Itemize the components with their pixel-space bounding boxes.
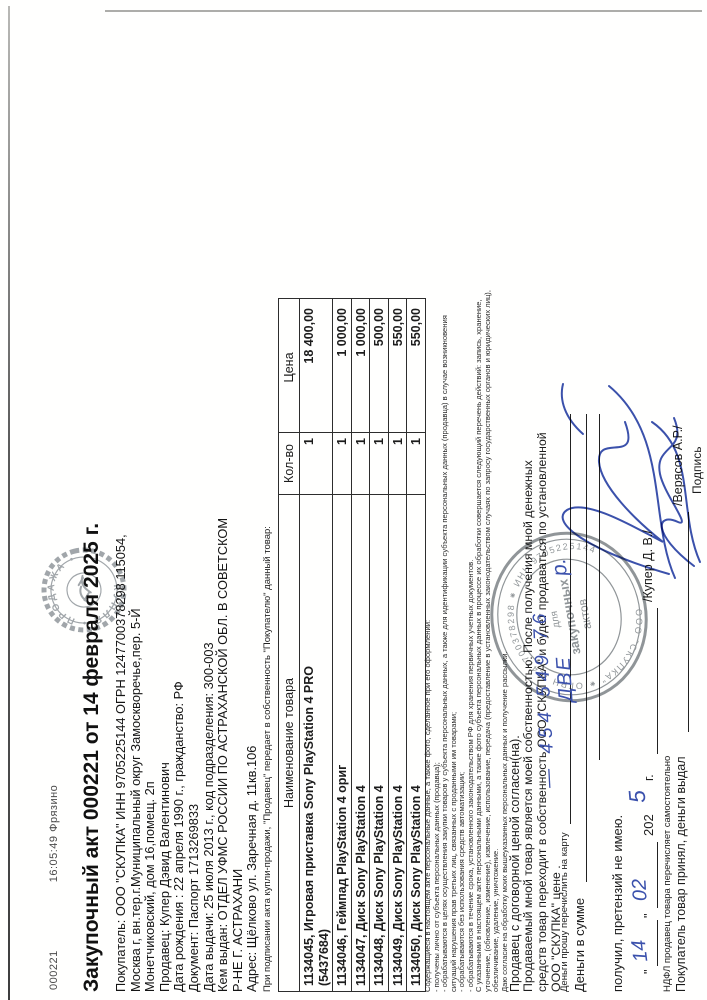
party-detail-line: Дата рождения : 22 апреля 1990 г., гражд… [172, 472, 187, 992]
logo-stamp-icon: КУПЛЯ • ПРОДАЖА • [38, 544, 130, 636]
date-month-underline [657, 842, 658, 908]
party-detail-line: Дата выдачи: 25 июля 2013 г., код подраз… [202, 472, 217, 992]
date-year-suffix: г. [641, 774, 656, 781]
handshake-icon [77, 575, 94, 605]
col-header-qty: Кол-во [279, 433, 299, 495]
table-row: 1134047, Диск Sony PlayStation 4 1 1 000… [351, 299, 370, 991]
cell-qty: 1 [389, 433, 407, 495]
table-body: 1134045, Игровая приставка Sony PlayStat… [299, 299, 425, 991]
table-row: 1134046, Геймпад PlayStation 4 ориг 1 1 … [332, 299, 351, 991]
svg-text:КУПЛЯ • ПРОДАЖА •: КУПЛЯ • ПРОДАЖА • [38, 544, 130, 636]
party-details: Покупатель: ООО "СКУПКА" ИНН 9705225144 … [114, 472, 260, 992]
handwritten-amount: ДВЕ [552, 654, 578, 702]
intro-note: При подписании акта купли-продажи, "Прод… [262, 526, 273, 992]
table-row: 1134050, Диск Sony PlayStation 4 1 550,0… [406, 299, 425, 991]
party-detail-line: Документ: Паспорт 1713269833 [187, 472, 202, 992]
col-header-name: Наименование товара [279, 495, 299, 991]
date-year-printed: 202 [641, 814, 656, 836]
party-detail-line: Р-НЕ Г. АСТРАХАНИ [231, 472, 246, 992]
scan-edge-artifact-right [105, 10, 702, 12]
table-header-row: Наименование товара Кол-во Цена [279, 299, 299, 991]
handwritten-day: 14 [628, 938, 654, 963]
cell-qty: 1 [370, 433, 388, 495]
cell-price: 500,00 [370, 303, 388, 433]
date-open-quote: " [641, 969, 656, 974]
handwritten-month: 02 [628, 878, 652, 901]
scanned-document-viewport: 000221 16:05:49 Фрязино Закупочный акт 0… [0, 0, 707, 1000]
seller-signature-underline [657, 608, 658, 754]
date-close-quote: " [641, 913, 656, 918]
party-detail-line: Кем выдан: ОТДЕЛ УФМС РОССИИ ПО АСТРАХАН… [216, 472, 231, 992]
card-transfer-label: Деньги прошу перечислить на карту [559, 832, 570, 992]
cell-price: 1 000,00 [352, 303, 370, 433]
table-row: 1134045, Игровая приставка Sony PlayStat… [299, 299, 332, 991]
received-no-claims-line: получил, претензий не имею. [610, 815, 625, 992]
party-detail-line: Продавец: Купер Дэвид Валентинович [158, 472, 173, 992]
cell-item-name: 1134046, Геймпад PlayStation 4 ориг [333, 495, 351, 991]
goods-table: Наименование товара Кол-во Цена 1134045,… [278, 298, 426, 992]
handwritten-year-digit: 5 [623, 789, 651, 804]
table-row: 1134049, Диск Sony PlayStation 4 1 550,0… [388, 299, 407, 991]
cell-item-name: 1134050, Диск Sony PlayStation 4 [407, 495, 425, 991]
cell-item-name: 1134048, Диск Sony PlayStation 4 [370, 495, 388, 991]
party-detail-line: Москва г, вн.тер.г.Муниципальный округ З… [129, 472, 144, 992]
cell-qty: 1 [352, 433, 370, 495]
party-detail-line: Адрес: Щёлково ул. Заречная д. 11кв.106 [245, 472, 260, 992]
cell-qty: 1 [300, 433, 332, 495]
scan-edge-artifact-top [8, 6, 10, 1000]
corner-time-location: 16:05:49 Фрязино [48, 785, 60, 883]
table-row: 1134048, Диск Sony PlayStation 4 1 500,0… [369, 299, 388, 991]
cell-qty: 1 [333, 433, 351, 495]
ndfl-note: НДФЛ продавец товара перечисляет самосто… [662, 756, 673, 992]
cell-item-name: 1134047, Диск Sony PlayStation 4 [352, 495, 370, 991]
party-detail-line: Монетчиковский, дом 16,помещ. 2п [143, 472, 158, 992]
cell-item-name: 1134049, Диск Sony PlayStation 4 [389, 495, 407, 991]
price-consent-line: Продавец с договорной ценой согласен(на)… [508, 735, 522, 992]
corner-act-number: 000221 [48, 950, 60, 990]
buyer-signature [644, 402, 706, 574]
purchase-act-document: 000221 16:05:49 Фрязино Закупочный акт 0… [0, 0, 707, 1000]
col-header-price: Цена [279, 303, 299, 433]
date-day-underline [657, 920, 658, 966]
clause-line: - обрабатываются в целях осуществления з… [441, 287, 458, 992]
cell-qty: 1 [407, 433, 425, 495]
logo-stamp-ring-text: КУПЛЯ • ПРОДАЖА • [38, 544, 130, 636]
sum-label: Деньги в сумме [572, 898, 587, 992]
receipt-corner-info: 000221 16:05:49 Фрязино [48, 785, 60, 990]
cell-price: 18 400,00 [300, 303, 332, 433]
cell-price: 550,00 [407, 303, 425, 433]
cell-item-name: 1134045, Игровая приставка Sony PlayStat… [300, 495, 332, 991]
cell-price: 1 000,00 [333, 303, 351, 433]
cell-price: 550,00 [389, 303, 407, 433]
buyer-received-label: Покупатель товар принял, деньги выдал [674, 756, 688, 992]
